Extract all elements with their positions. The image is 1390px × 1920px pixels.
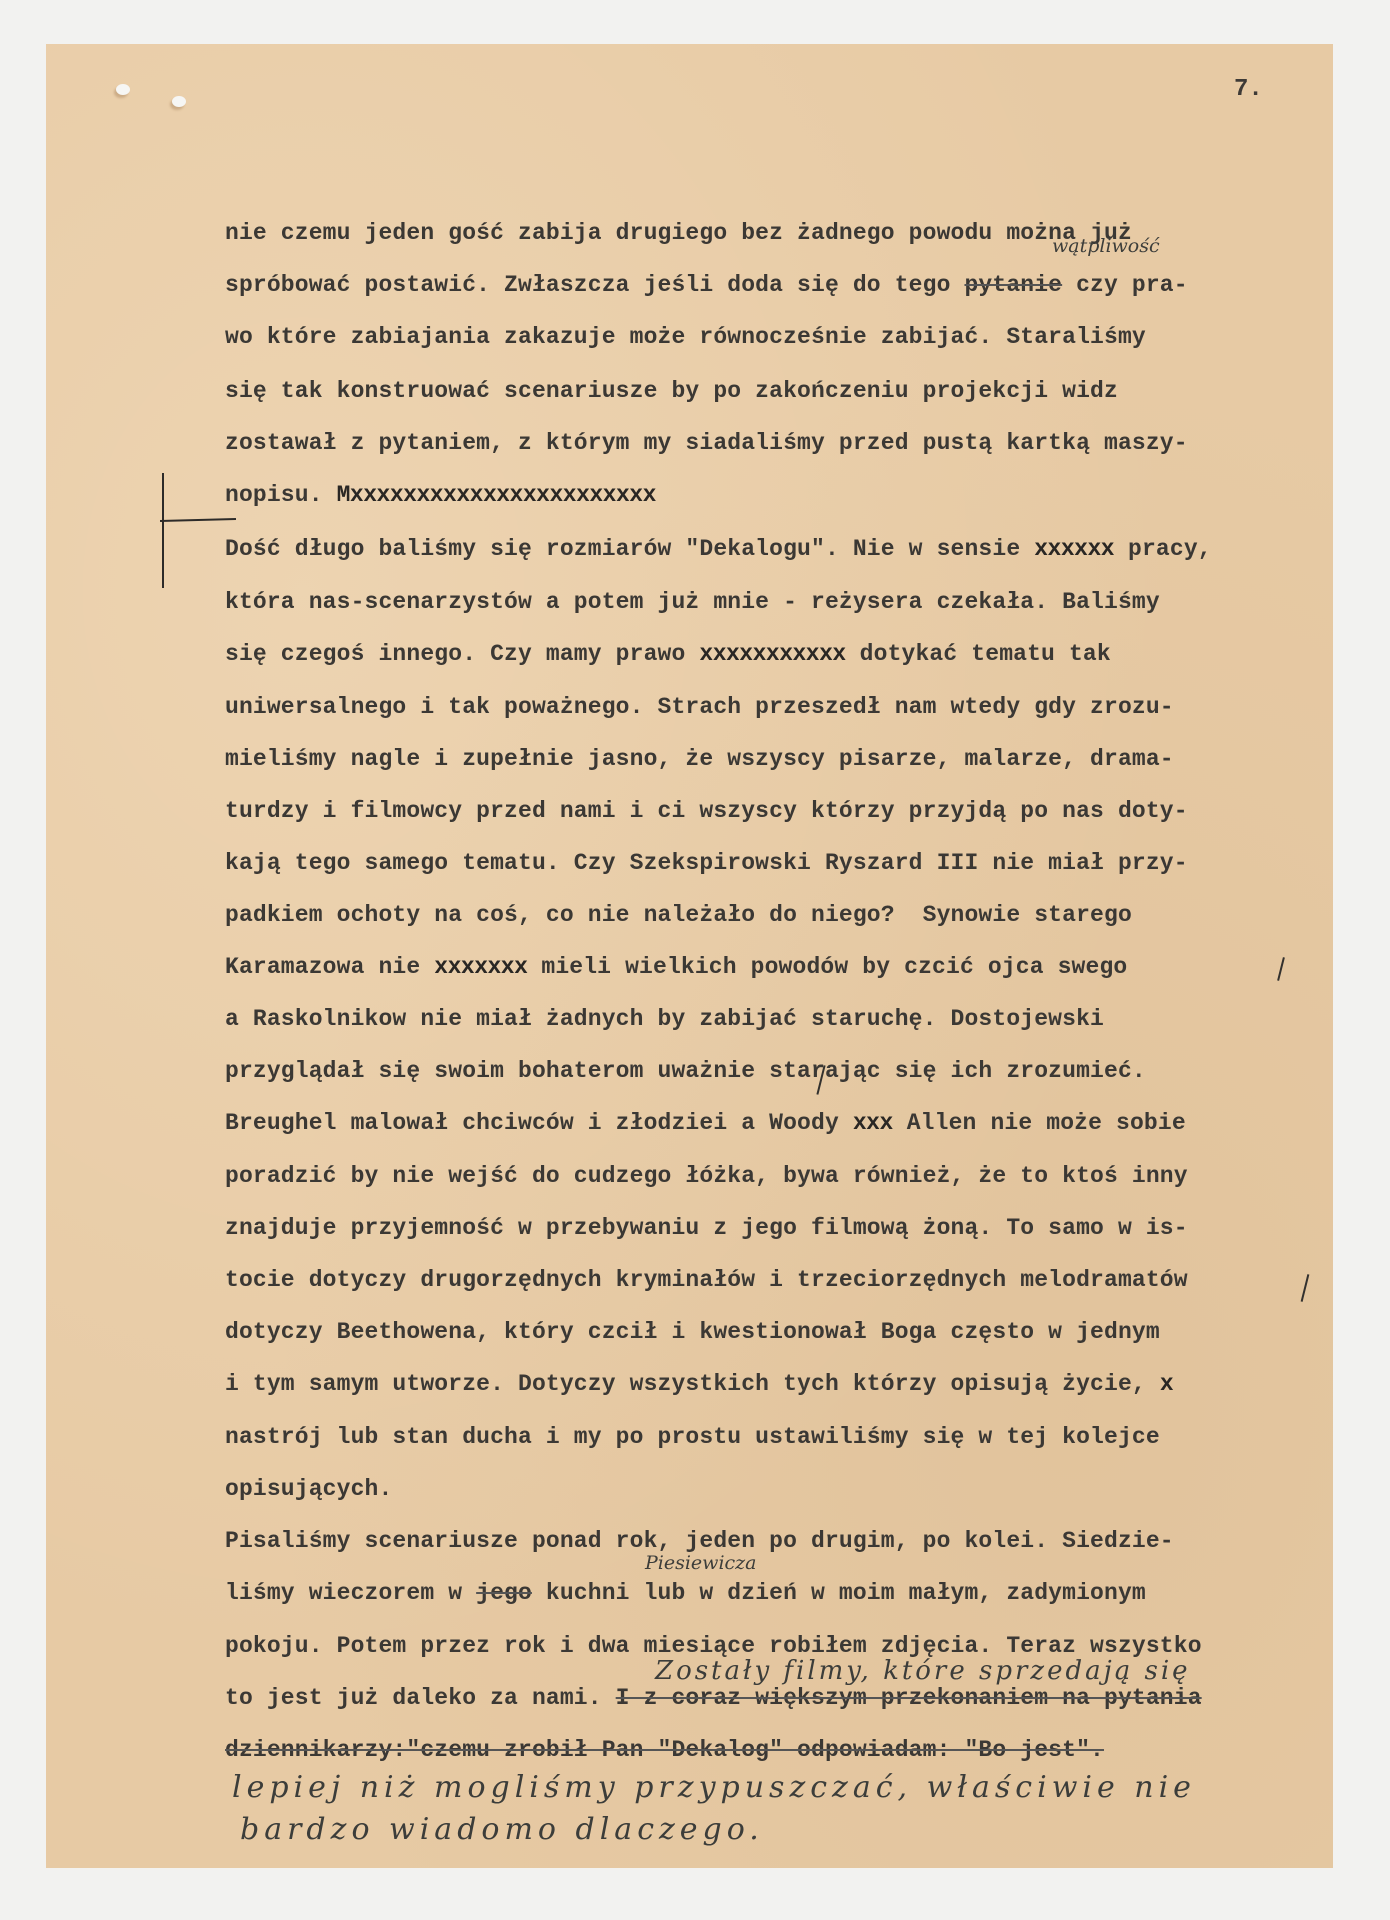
- typed-text: kają tego samego tematu. Czy Szekspirows…: [225, 850, 1188, 876]
- typed-line: poradzić by nie wejść do cudzego łóżka, …: [225, 1161, 1188, 1191]
- typed-text: przyglądał się swoim bohaterom uważnie s…: [225, 1058, 1146, 1084]
- typed-xout-correction: x: [1160, 1371, 1173, 1397]
- typed-text: nastrój lub stan ducha i my po prostu us…: [225, 1424, 1160, 1450]
- typed-text: tocie dotyczy drugorzędnych kryminałów i…: [225, 1267, 1188, 1293]
- typed-text: czy pra-: [1062, 272, 1188, 298]
- typed-text: która nas-scenarzystów a potem już mnie …: [225, 589, 1160, 615]
- typed-text: pracy,: [1114, 536, 1212, 562]
- typed-text: to jest już daleko za nami.: [225, 1685, 616, 1711]
- handwritten-annotation: Piesiewicza: [645, 1552, 757, 1574]
- typed-line: Breughel malował chciwców i złodziei a W…: [225, 1108, 1186, 1138]
- typed-text: zostawał z pytaniem, z którym my siadali…: [225, 430, 1188, 456]
- typed-text: liśmy wieczorem w: [225, 1580, 476, 1606]
- typed-text: dotykać tematu tak: [846, 641, 1111, 667]
- struck-through-text: dziennikarzy:"czemu zrobił Pan "Dekalog"…: [225, 1737, 1104, 1763]
- typed-text: uniwersalnego i tak poważnego. Strach pr…: [225, 694, 1174, 720]
- typed-text: nopisu.: [225, 482, 337, 508]
- typed-line: spróbować postawić. Zwłaszcza jeśli doda…: [225, 270, 1188, 300]
- punch-hole: [172, 96, 186, 107]
- typed-text: a Raskolnikow nie miał żadnych by zabija…: [225, 1006, 1104, 1032]
- margin-bracket-mark: [162, 473, 164, 588]
- typed-xout-correction: xxxxxxx: [434, 954, 527, 980]
- typed-line: przyglądał się swoim bohaterom uważnie s…: [225, 1056, 1146, 1086]
- typed-line: nie czemu jeden gość zabija drugiego bez…: [225, 218, 1132, 248]
- typed-line: liśmy wieczorem w jego kuchni lub w dzie…: [225, 1578, 1146, 1608]
- typed-line: nastrój lub stan ducha i my po prostu us…: [225, 1422, 1160, 1452]
- typed-text: Breughel malował chciwców i złodziei a W…: [225, 1110, 853, 1136]
- typed-line: i tym samym utworze. Dotyczy wszystkich …: [225, 1369, 1173, 1399]
- handwritten-annotation: bardzo wiadomo dlaczego.: [240, 1812, 764, 1847]
- typed-text: wo które zabiajania zakazuje może równoc…: [225, 324, 1146, 350]
- typed-line: kają tego samego tematu. Czy Szekspirows…: [225, 848, 1188, 878]
- typed-line: tocie dotyczy drugorzędnych kryminałów i…: [225, 1265, 1188, 1295]
- handwritten-annotation: Zostały filmy, które sprzedają się: [655, 1656, 1191, 1686]
- typed-text: spróbować postawić. Zwłaszcza jeśli doda…: [225, 272, 964, 298]
- punch-hole: [116, 84, 130, 95]
- typed-text: znajduje przyjemność w przebywaniu z jeg…: [225, 1215, 1188, 1241]
- typed-line: dotyczy Beethowena, który czcił i kwesti…: [225, 1317, 1160, 1347]
- typed-xout-correction: Mxxxxxxxxxxxxxxxxxxxxxxx: [337, 482, 656, 508]
- typed-text: się czegoś innego. Czy mamy prawo: [225, 641, 699, 667]
- typed-text: poradzić by nie wejść do cudzego łóżka, …: [225, 1163, 1188, 1189]
- typed-line: padkiem ochoty na coś, co nie należało d…: [225, 900, 1132, 930]
- typed-line: Dość długo baliśmy się rozmiarów "Dekalo…: [225, 534, 1212, 564]
- typed-xout-correction: xxx: [853, 1110, 893, 1136]
- typed-text: Dość długo baliśmy się rozmiarów "Dekalo…: [225, 536, 1034, 562]
- typed-line: wo które zabiajania zakazuje może równoc…: [225, 322, 1146, 352]
- typed-line: turdzy i filmowcy przed nami i ci wszysc…: [225, 796, 1188, 826]
- typed-xout-correction: xxxxxx: [1034, 536, 1114, 562]
- typed-line: a Raskolnikow nie miał żadnych by zabija…: [225, 1004, 1104, 1034]
- typed-line: znajduje przyjemność w przebywaniu z jeg…: [225, 1213, 1188, 1243]
- typed-line: mieliśmy nagle i zupełnie jasno, że wszy…: [225, 744, 1174, 774]
- typed-text: Karamazowa nie: [225, 954, 434, 980]
- typed-text: turdzy i filmowcy przed nami i ci wszysc…: [225, 798, 1188, 824]
- typed-line: nopisu. Mxxxxxxxxxxxxxxxxxxxxxxx: [225, 480, 656, 510]
- typed-text: i tym samym utworze. Dotyczy wszystkich …: [225, 1371, 1160, 1397]
- typed-text: mieliśmy nagle i zupełnie jasno, że wszy…: [225, 746, 1174, 772]
- typed-text: się tak konstruować scenariusze by po za…: [225, 378, 1118, 404]
- handwritten-annotation: wątpliwość: [1052, 235, 1160, 257]
- typed-line: to jest już daleko za nami. I z coraz wi…: [225, 1683, 1202, 1713]
- typed-text: dotyczy Beethowena, który czcił i kwesti…: [225, 1319, 1160, 1345]
- typed-line: która nas-scenarzystów a potem już mnie …: [225, 587, 1160, 617]
- typed-line: się tak konstruować scenariusze by po za…: [225, 376, 1118, 406]
- typed-line: Karamazowa nie xxxxxxx mieli wielkich po…: [225, 952, 1127, 982]
- typed-text: kuchni lub w dzień w moim małym, zadymio…: [532, 1580, 1146, 1606]
- struck-through-text: pytanie: [964, 272, 1062, 298]
- typed-text: Allen nie może sobie: [893, 1110, 1186, 1136]
- typed-xout-correction: xxxxxxxxxxx: [699, 641, 845, 667]
- struck-through-text: I z coraz większym przekonaniem na pytan…: [616, 1685, 1202, 1711]
- typed-text: padkiem ochoty na coś, co nie należało d…: [225, 902, 1132, 928]
- struck-through-text: jego: [476, 1580, 532, 1606]
- typed-line: dziennikarzy:"czemu zrobił Pan "Dekalog"…: [225, 1735, 1104, 1765]
- handwritten-annotation: lepiej niż mogliśmy przypuszczać, właści…: [232, 1770, 1196, 1805]
- typed-text: Pisaliśmy scenariusze ponad rok, jeden p…: [225, 1528, 1174, 1554]
- typed-line: się czegoś innego. Czy mamy prawo xxxxxx…: [225, 639, 1111, 669]
- typed-line: uniwersalnego i tak poważnego. Strach pr…: [225, 692, 1174, 722]
- page-number: 7.: [1234, 76, 1263, 103]
- typed-text: mieli wielkich powodów by czcić ojca swe…: [527, 954, 1127, 980]
- typed-line: opisujących.: [225, 1474, 392, 1504]
- typed-text: nie czemu jeden gość zabija drugiego bez…: [225, 220, 1132, 246]
- typed-text: opisujących.: [225, 1476, 392, 1502]
- typed-line: zostawał z pytaniem, z którym my siadali…: [225, 428, 1188, 458]
